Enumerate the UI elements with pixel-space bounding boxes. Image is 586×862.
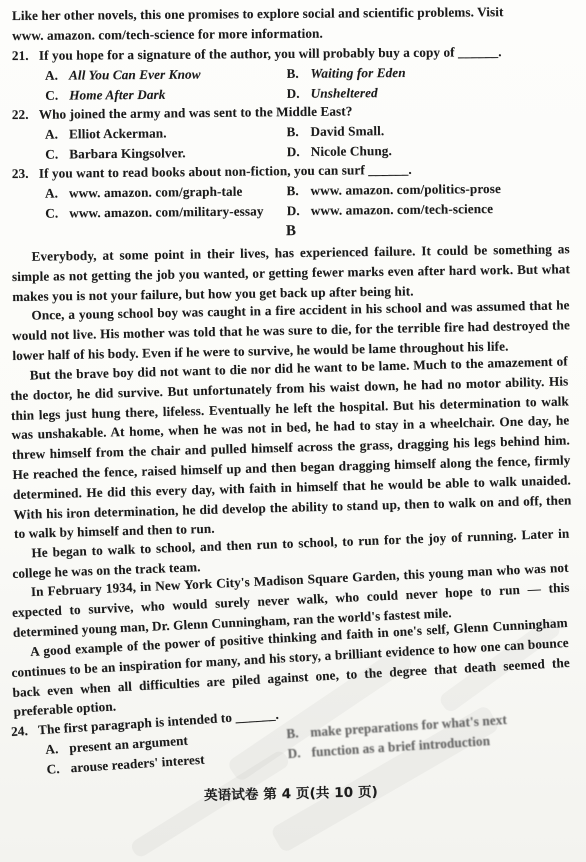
question-number: 23.	[12, 164, 39, 184]
option-label: B.	[286, 122, 310, 142]
page-footer: 英语试卷 第 4 页(共 10 页)	[12, 779, 570, 810]
option-label: B.	[286, 63, 310, 83]
option-21-c: C.Home After Dark	[45, 83, 287, 105]
question-21-options: A.All You Can Ever Know B.Waiting for Ed…	[12, 61, 570, 105]
question-22-options: A.Elliot Ackerman. B.David Small. C.Barb…	[12, 119, 570, 164]
option-21-a: A.All You Can Ever Know	[45, 63, 287, 85]
option-label: C.	[45, 85, 69, 105]
option-23-c: C.www. amazon. com/military-essay	[45, 201, 287, 223]
option-text: www. amazon. com/tech-science	[311, 201, 494, 218]
question-number: 22.	[12, 105, 39, 125]
question-22: 22. Who joined the army and was sent to …	[12, 99, 571, 164]
option-text: Waiting for Eden	[310, 64, 405, 80]
scanned-exam-page: Like her other novels, this one promises…	[0, 0, 586, 862]
option-label: D.	[287, 201, 311, 221]
option-text: www. amazon. com/military-essay	[69, 203, 263, 220]
option-label: A.	[45, 65, 69, 85]
option-label: A.	[45, 124, 69, 144]
option-text: Elliot Ackerman.	[69, 125, 167, 141]
option-label: B.	[286, 181, 310, 201]
question-number: 24.	[10, 720, 38, 741]
option-label: A.	[45, 184, 69, 204]
option-label: D.	[287, 83, 311, 103]
option-text: David Small.	[310, 123, 384, 139]
question-21: 21. If you hope for a signature of the a…	[12, 41, 570, 105]
option-text: Barbara Kingsolver.	[69, 145, 186, 161]
option-21-b: B.Waiting for Eden	[286, 61, 570, 83]
option-text: Unsheltered	[311, 84, 378, 100]
option-label: A.	[45, 738, 70, 759]
question-23-options: A.www. amazon. com/graph-tale B.www. ama…	[12, 178, 570, 223]
option-label: D.	[287, 742, 312, 763]
option-label: C.	[46, 758, 71, 779]
option-text: www. amazon. com/politics-prose	[310, 181, 501, 198]
option-label: C.	[45, 203, 69, 223]
passage-paragraph-3: But the brave boy did not want to die no…	[10, 351, 572, 544]
question-23: 23. If you want to read books about non-…	[12, 159, 571, 224]
option-label: D.	[287, 141, 311, 161]
option-text: All You Can Ever Know	[69, 66, 201, 82]
question-number: 21.	[12, 45, 39, 65]
intro-paragraph: Like her other novels, this one promises…	[12, 2, 570, 46]
option-text: Nicole Chung.	[311, 143, 392, 159]
option-text: Home After Dark	[69, 86, 165, 102]
option-label: B.	[286, 722, 311, 743]
option-22-a: A.Elliot Ackerman.	[45, 122, 287, 144]
option-text: www. amazon. com/graph-tale	[69, 184, 243, 201]
option-label: C.	[45, 144, 69, 164]
